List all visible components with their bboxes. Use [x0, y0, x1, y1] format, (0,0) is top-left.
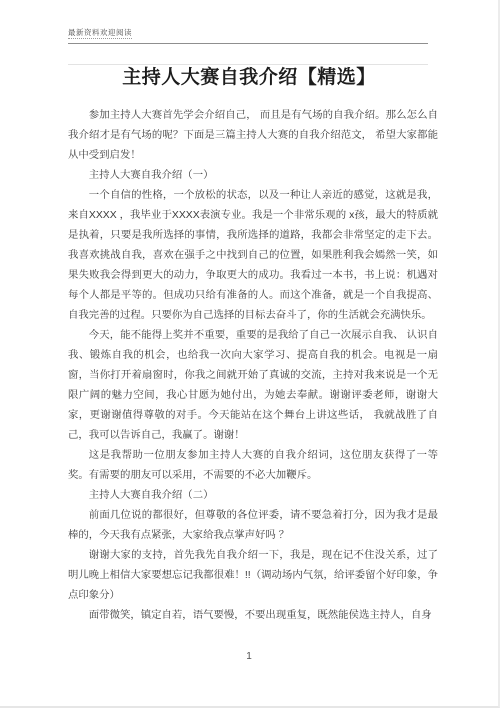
- paragraph: 参加主持人大赛首先学会介绍自己， 而且是有气场的自我介绍。那么怎么自我介绍才是有…: [68, 106, 438, 166]
- page-header: 最新资料欢迎阅读: [68, 27, 132, 38]
- paragraph: 主持人大赛自我介绍（二）: [68, 486, 438, 506]
- page-number: 1: [0, 651, 498, 662]
- document-body: 参加主持人大赛首先学会介绍自己， 而且是有气场的自我介绍。那么怎么自我介绍才是有…: [68, 106, 438, 626]
- header-divider: [68, 43, 428, 44]
- paragraph: 今天，能不能得上奖并不重要，重要的是我给了自己一次展示自我、 认识自我、锻炼自我…: [68, 326, 438, 446]
- paragraph: 谢谢大家的支持，首先我先自我介绍一下，我是，现在记不住没关系，过了明儿晚上相信大…: [68, 546, 438, 606]
- paragraph: 主持人大赛自我介绍（一）: [68, 166, 438, 186]
- paragraph: 前面几位说的都很好，但尊敬的各位评委，请不要急着打分，因为我才是最棒的，今天我有…: [68, 506, 438, 546]
- paragraph: 面带微笑，镇定自若，语气要慢，不要出现重复，既然能侯选主持人，自身: [68, 606, 438, 626]
- header-text: 最新资料欢迎阅读: [68, 28, 132, 39]
- document-page: 最新资料欢迎阅读 主持人大赛自我介绍【精选】 参加主持人大赛首先学会介绍自己， …: [0, 0, 500, 708]
- document-title: 主持人大赛自我介绍【精选】: [0, 62, 498, 89]
- paragraph: 这是我帮助一位朋友参加主持人大赛的自我介绍词，这位朋友获得了一等奖。有需要的朋友…: [68, 446, 438, 486]
- paragraph: 一个自信的性格，一个放松的状态，以及一种让人亲近的感觉，这就是我，来自XXXX …: [68, 186, 438, 326]
